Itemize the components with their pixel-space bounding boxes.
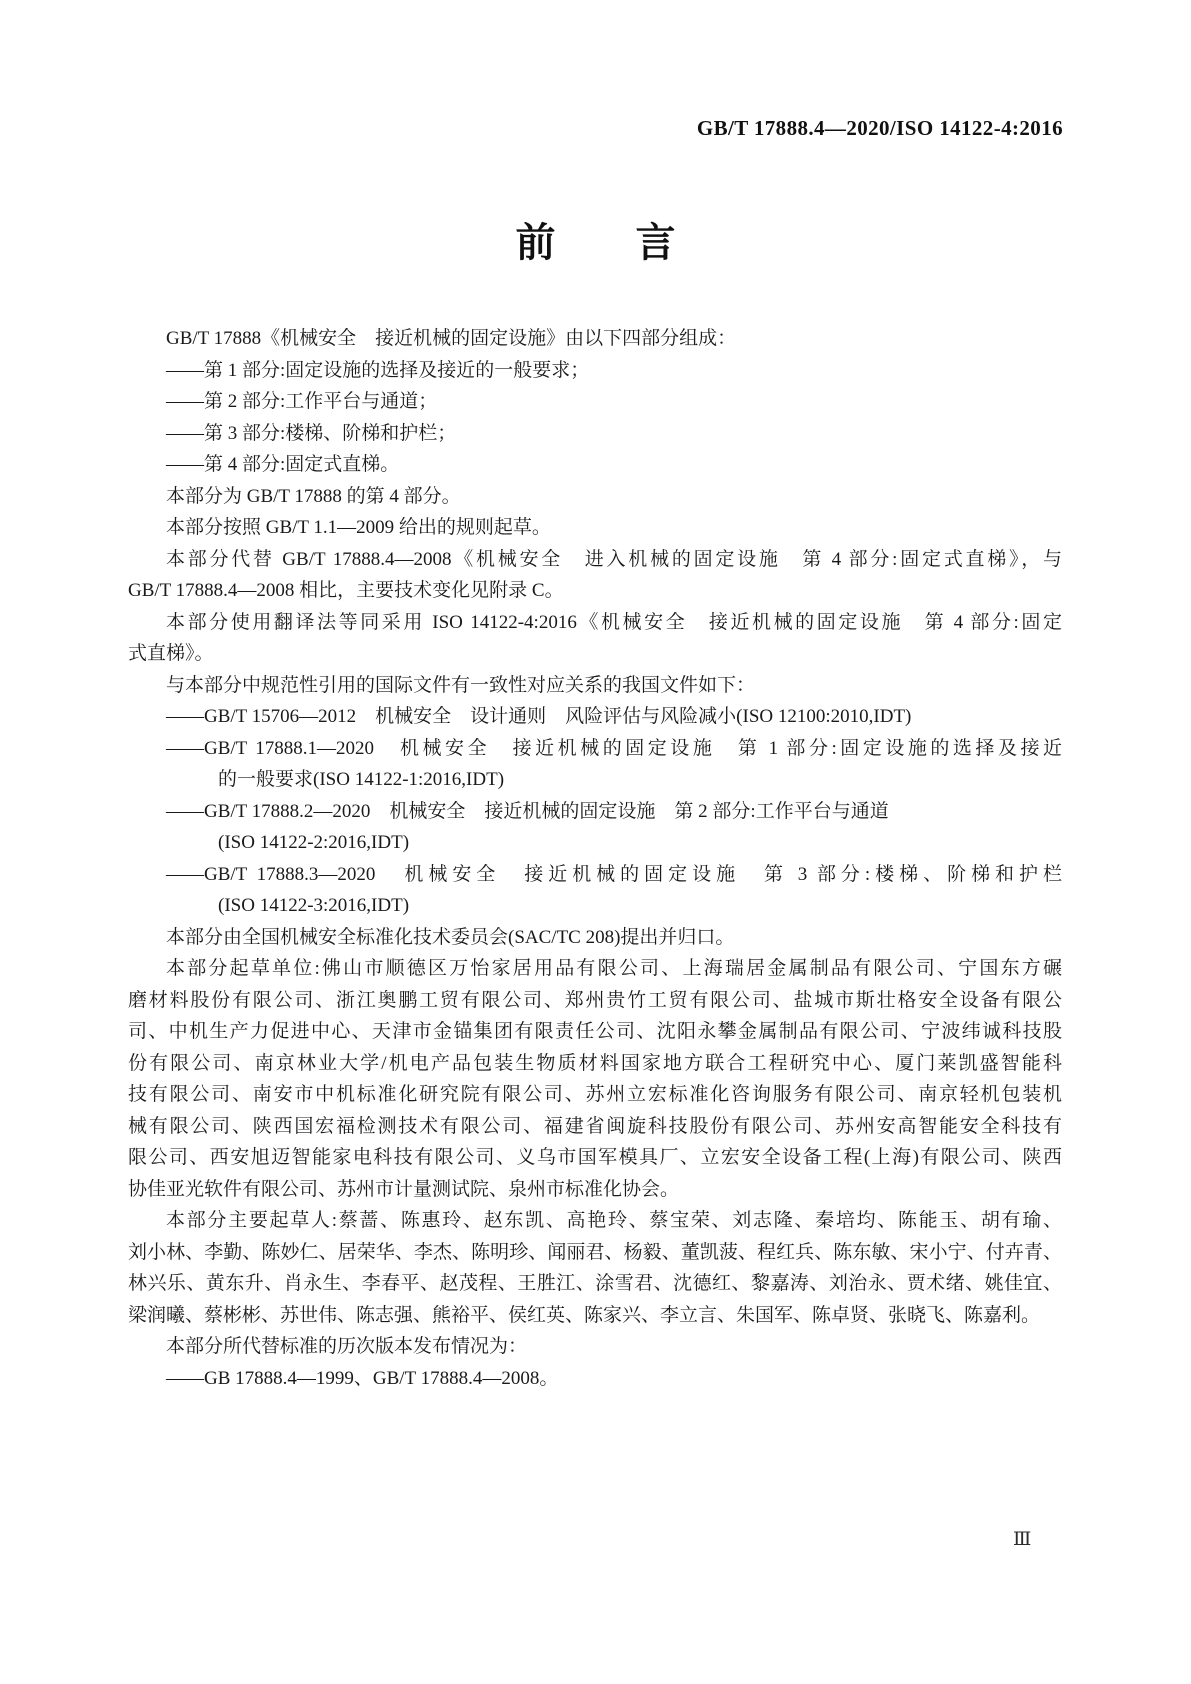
document-page: GB/T 17888.4—2020/ISO 14122-4:2016 前 言 G… (0, 0, 1191, 1684)
text-line: ——第 4 部分:固定式直梯。 (128, 449, 1062, 481)
text-line: 技有限公司、南安市中机标准化研究院有限公司、苏州立宏标准化咨询服务有限公司、南京… (128, 1079, 1062, 1111)
text-line: (ISO 14122-2:2016,IDT) (128, 827, 1062, 859)
text-line: ——GB/T 17888.2—2020 机械安全 接近机械的固定设施 第 2 部… (128, 796, 1062, 828)
text-line: 本部分所代替标准的历次版本发布情况为： (128, 1331, 1062, 1363)
text-line: ——第 2 部分:工作平台与通道； (128, 386, 1062, 418)
text-line: 本部分使用翻译法等同采用 ISO 14122-4:2016《机械安全 接近机械的… (128, 607, 1062, 639)
text-line: ——第 1 部分:固定设施的选择及接近的一般要求； (128, 355, 1062, 387)
text-line: 与本部分中规范性引用的国际文件有一致性对应关系的我国文件如下： (128, 670, 1062, 702)
text-line: 本部分按照 GB/T 1.1—2009 给出的规则起草。 (128, 512, 1062, 544)
text-line: 司、中机生产力促进中心、天津市金锚集团有限责任公司、沈阳永攀金属制品有限公司、宁… (128, 1016, 1062, 1048)
text-line: ——GB 17888.4—1999、GB/T 17888.4—2008。 (128, 1363, 1062, 1395)
text-line: 本部分为 GB/T 17888 的第 4 部分。 (128, 481, 1062, 513)
text-line: ——GB/T 17888.3—2020 机械安全 接近机械的固定设施 第 3 部… (128, 859, 1062, 891)
text-line: 本部分由全国机械安全标准化技术委员会(SAC/TC 208)提出并归口。 (128, 922, 1062, 954)
text-line: 协佳亚光软件有限公司、苏州市计量测试院、泉州市标准化协会。 (128, 1174, 1062, 1206)
text-line: 械有限公司、陕西国宏福检测技术有限公司、福建省闽旋科技股份有限公司、苏州安高智能… (128, 1111, 1062, 1143)
text-line: 本部分代替 GB/T 17888.4—2008《机械安全 进入机械的固定设施 第… (128, 544, 1062, 576)
text-line: 磨材料股份有限公司、浙江奥鹏工贸有限公司、郑州贵竹工贸有限公司、盐城市斯壮格安全… (128, 985, 1062, 1017)
foreword-body: GB/T 17888《机械安全 接近机械的固定设施》由以下四部分组成：——第 1… (128, 323, 1062, 1394)
text-line: 梁润曦、蔡彬彬、苏世伟、陈志强、熊裕平、侯红英、陈家兴、李立言、朱国军、陈卓贤、… (128, 1300, 1062, 1332)
text-line: 林兴乐、黄东升、肖永生、李春平、赵茂程、王胜江、涂雪君、沈德红、黎嘉涛、刘治永、… (128, 1268, 1062, 1300)
text-line: 的一般要求(ISO 14122-1:2016,IDT) (128, 764, 1062, 796)
standard-code: GB/T 17888.4—2020/ISO 14122-4:2016 (697, 116, 1063, 141)
text-line: GB/T 17888《机械安全 接近机械的固定设施》由以下四部分组成： (128, 323, 1062, 355)
text-line: ——第 3 部分:楼梯、阶梯和护栏； (128, 418, 1062, 450)
page-title: 前 言 (0, 211, 1191, 268)
text-line: 限公司、西安旭迈智能家电科技有限公司、义乌市国军模具厂、立宏安全设备工程(上海)… (128, 1142, 1062, 1174)
page-number: Ⅲ (1013, 1528, 1031, 1551)
text-line: ——GB/T 17888.1—2020 机械安全 接近机械的固定设施 第 1 部… (128, 733, 1062, 765)
text-line: 刘小林、李勤、陈妙仁、居荣华、李杰、陈明珍、闻丽君、杨毅、董凯菠、程红兵、陈东敏… (128, 1237, 1062, 1269)
text-line: GB/T 17888.4—2008 相比，主要技术变化见附录 C。 (128, 575, 1062, 607)
text-line: 本部分起草单位:佛山市顺德区万怡家居用品有限公司、上海瑞居金属制品有限公司、宁国… (128, 953, 1062, 985)
text-line: (ISO 14122-3:2016,IDT) (128, 890, 1062, 922)
text-line: 式直梯》。 (128, 638, 1062, 670)
text-line: 本部分主要起草人:蔡蔷、陈惠玲、赵东凯、高艳玲、蔡宝荣、刘志隆、秦培均、陈能玉、… (128, 1205, 1062, 1237)
text-line: 份有限公司、南京林业大学/机电产品包装生物质材料国家地方联合工程研究中心、厦门莱… (128, 1048, 1062, 1080)
text-line: ——GB/T 15706—2012 机械安全 设计通则 风险评估与风险减小(IS… (128, 701, 1062, 733)
